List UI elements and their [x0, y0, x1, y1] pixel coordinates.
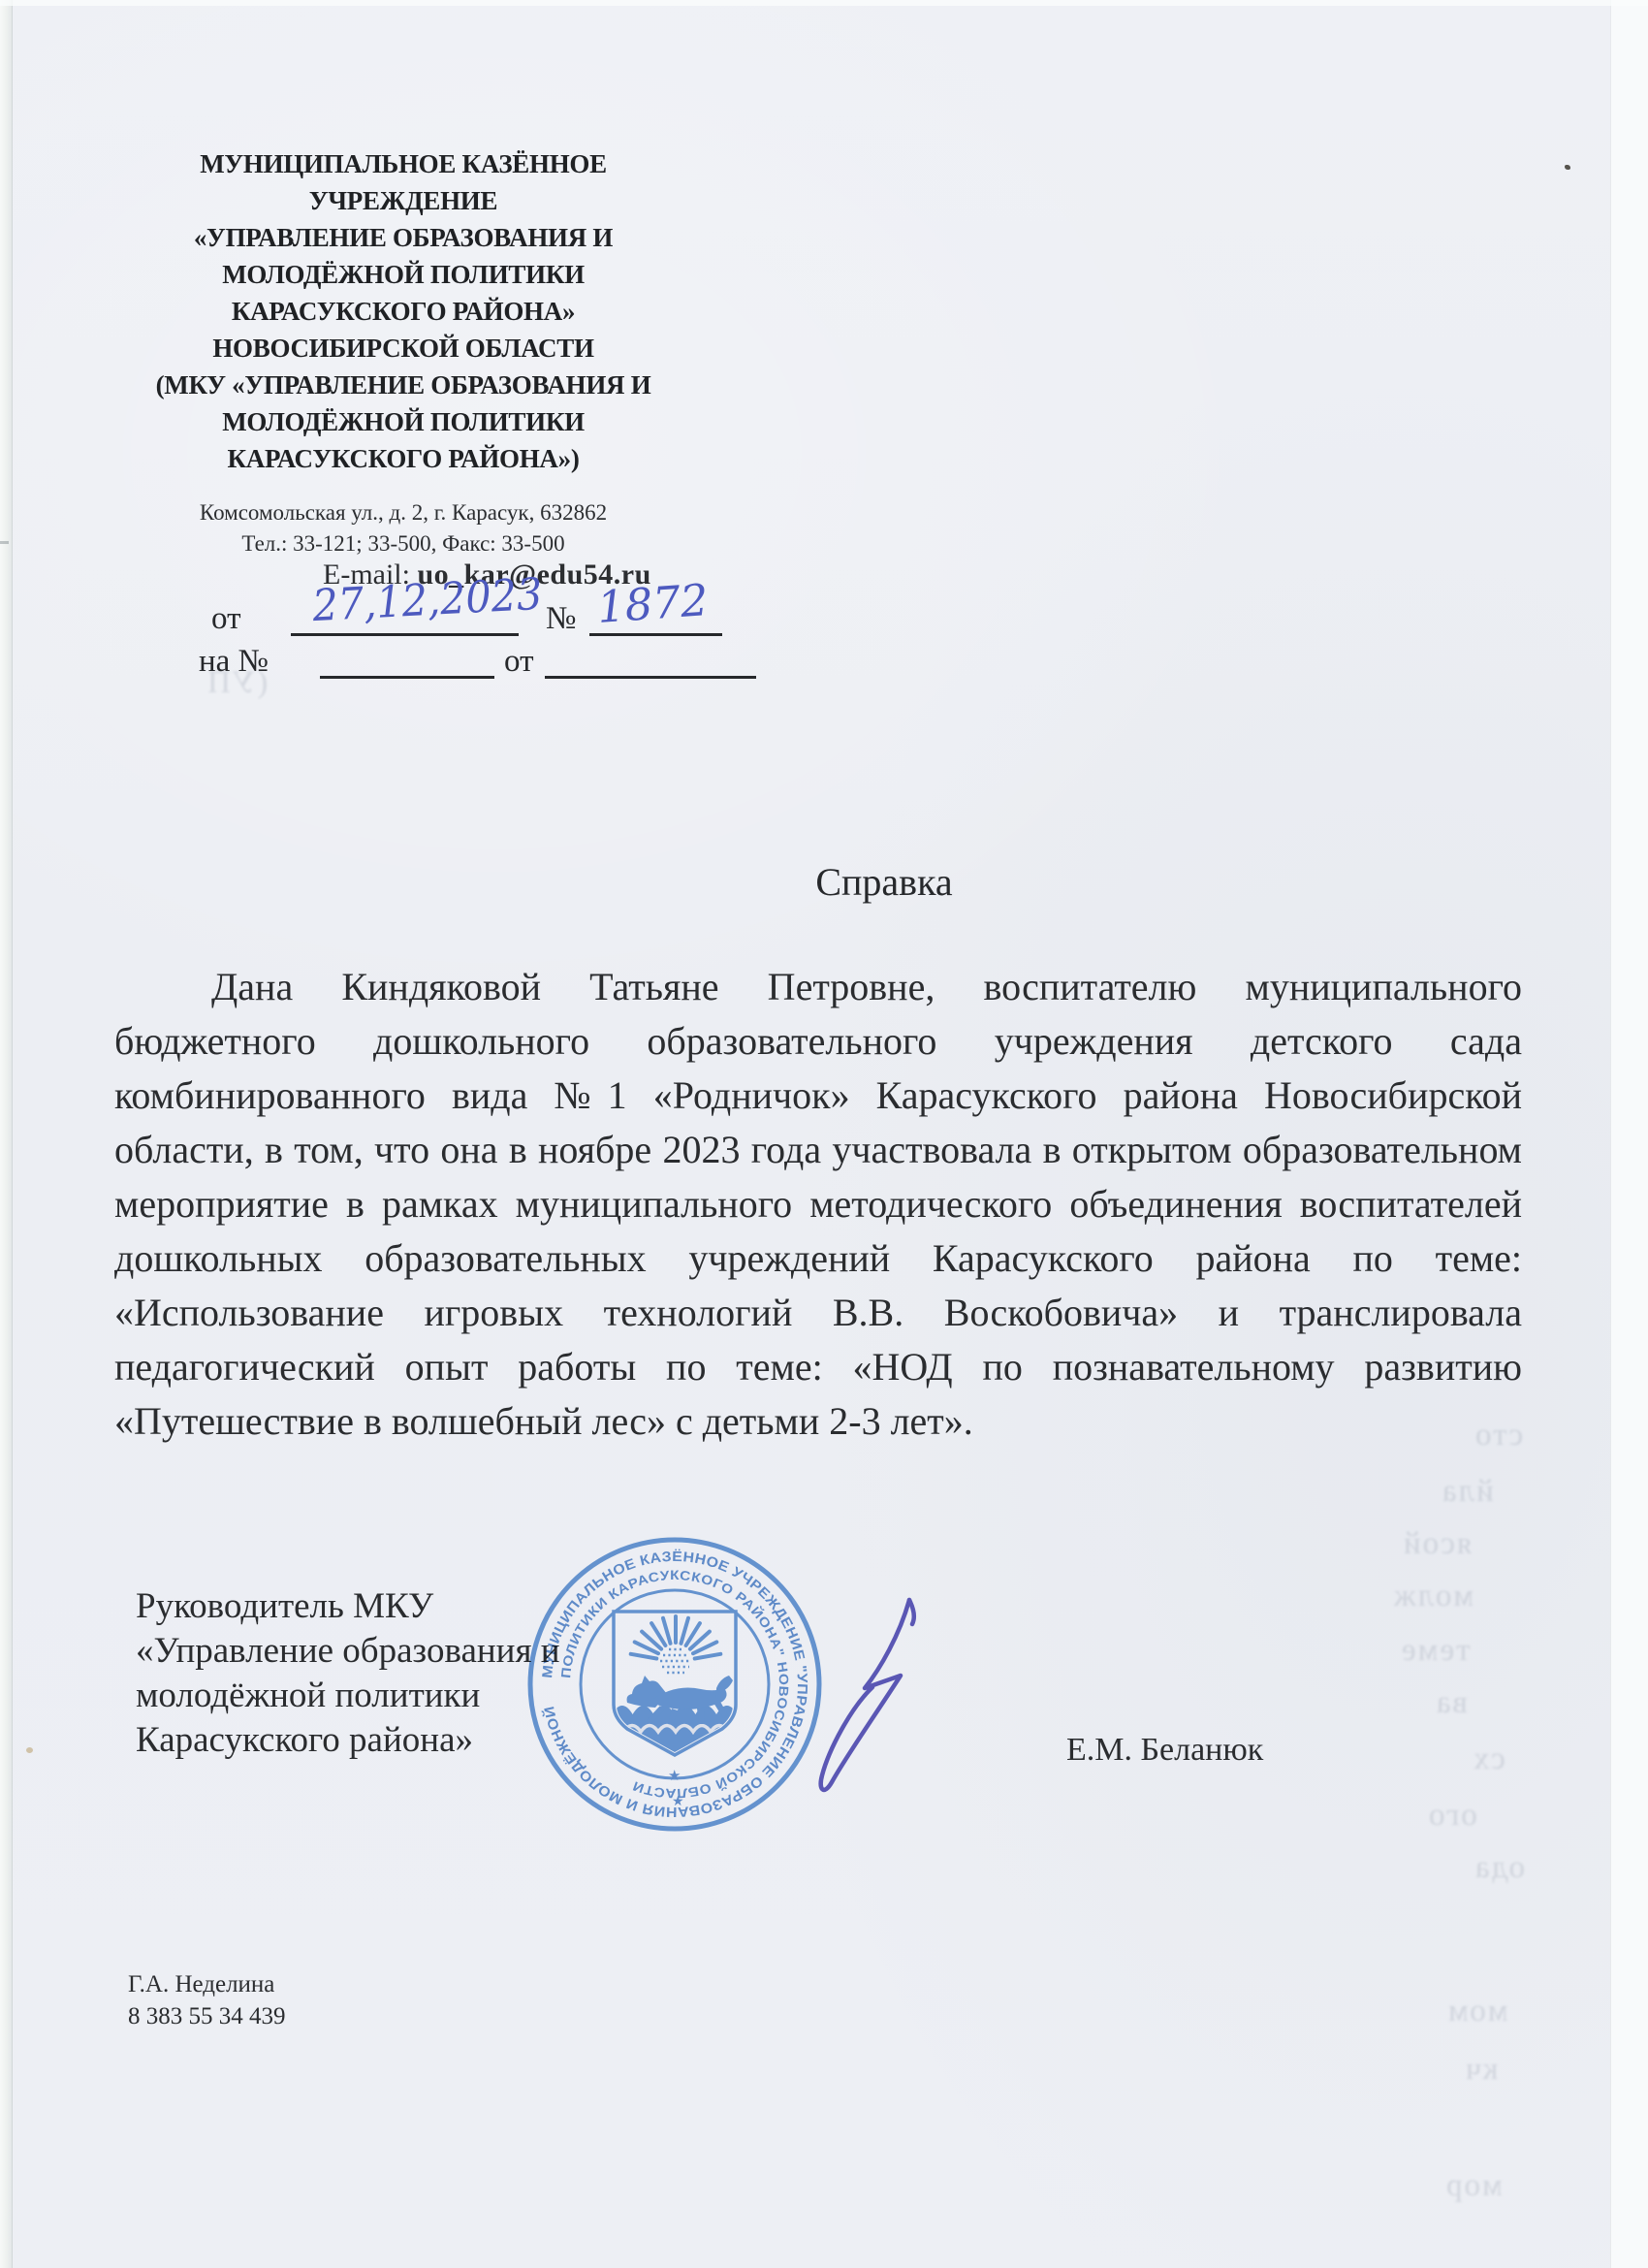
signer-position-line: Руководитель МКУ	[136, 1584, 560, 1629]
scan-edge-right	[1610, 0, 1648, 2268]
executor-phone: 8 383 55 34 439	[128, 2000, 286, 2032]
ghost-text: сх	[1472, 1741, 1505, 1777]
signer-name: Е.М. Беланюк	[1066, 1732, 1263, 1769]
letterhead: МУНИЦИПАЛЬНОЕ КАЗЁННОЕ УЧРЕЖДЕНИЕ «УПРАВ…	[155, 145, 651, 559]
ghost-text: мор	[1444, 2168, 1503, 2204]
scan-edge-left	[0, 0, 13, 2268]
ghost-text: ого	[1427, 1798, 1477, 1834]
document-title: Справка	[739, 859, 1030, 905]
ghost-text: ода	[1474, 1850, 1525, 1886]
org-name-line: (МКУ «УПРАВЛЕНИЕ ОБРАЗОВАНИЯ И	[155, 367, 651, 403]
scan-edge-top	[0, 0, 1648, 6]
org-name-line: УЧРЕЖДЕНИЕ	[155, 182, 651, 219]
signer-position-line: молодёжной политики	[136, 1674, 560, 1718]
signer-position-line: Карасукского района»	[136, 1718, 560, 1763]
ghost-text: ва	[1435, 1685, 1468, 1721]
signer-position-line: «Управление образования и	[136, 1629, 560, 1674]
ghost-text: молж	[1392, 1579, 1474, 1614]
ref-number-label: №	[546, 601, 577, 637]
dust-speck	[1565, 165, 1570, 170]
org-phone: Тел.: 33-121; 33-500, Факс: 33-500	[155, 528, 651, 559]
ref-reply-date-underline	[545, 644, 756, 679]
handwritten-signature	[801, 1577, 940, 1813]
executor-block: Г.А. Неделина 8 383 55 34 439	[128, 1968, 286, 2032]
stamp-rays-icon	[631, 1616, 721, 1659]
signer-position: Руководитель МКУ «Управление образования…	[136, 1584, 560, 1763]
executor-name: Г.А. Неделина	[128, 1968, 286, 2000]
ghost-text: йла	[1441, 1474, 1494, 1510]
scanned-letter-page: { "doc": { "letterhead": { "org_lines": …	[0, 0, 1648, 2268]
ghost-text: мом	[1446, 1994, 1508, 2029]
dust-speck	[26, 1747, 33, 1753]
org-name-line: МОЛОДЁЖНОЙ ПОЛИТИКИ	[155, 256, 651, 293]
svg-text:ПОЛИТИКИ КАРАСУКСКОГО РАЙОНА": ПОЛИТИКИ КАРАСУКСКОГО РАЙОНА" НОВОСИБИРС…	[558, 1568, 791, 1801]
ghost-text: кч	[1464, 2052, 1498, 2088]
stamp-sun-icon	[660, 1649, 691, 1673]
stamp-inner-text: ПОЛИТИКИ КАРАСУКСКОГО РАЙОНА" НОВОСИБИРС…	[558, 1568, 791, 1801]
stamp-star-icon: ★	[668, 1769, 681, 1784]
org-name-line: КАРАСУКСКОГО РАЙОНА»	[155, 293, 651, 330]
org-name-line: МОЛОДЁЖНОЙ ПОЛИТИКИ	[155, 403, 651, 440]
ref-from-label: от	[211, 601, 241, 637]
org-name-line: НОВОСИБИРСКОЙ ОБЛАСТИ	[155, 330, 651, 367]
org-name-line: «УПРАВЛЕНИЕ ОБРАЗОВАНИЯ И	[155, 219, 651, 256]
ref-reply-label: на №	[199, 644, 269, 680]
handwritten-number: 1872	[595, 574, 710, 633]
org-name-line: КАРАСУКСКОГО РАЙОНА»)	[155, 440, 651, 477]
ref-reply-from-label: от	[504, 644, 534, 680]
ghost-text: теме	[1400, 1633, 1471, 1669]
ref-reply-number-underline	[320, 644, 494, 679]
org-address: Комсомольская ул., д. 2, г. Карасук, 632…	[155, 497, 651, 528]
official-stamp-icon: МУНИЦИПАЛЬНОЕ КАЗЁННОЕ УЧРЕЖДЕНИЕ "УПРАВ…	[526, 1536, 823, 1833]
ghost-text: ясой	[1402, 1526, 1472, 1562]
body-paragraph: Дана Киндяковой Татьяне Петровне, воспит…	[114, 960, 1522, 1449]
stamp-star-icon: ★	[672, 1795, 684, 1809]
org-name-line: МУНИЦИПАЛЬНОЕ КАЗЁННОЕ	[155, 145, 651, 182]
